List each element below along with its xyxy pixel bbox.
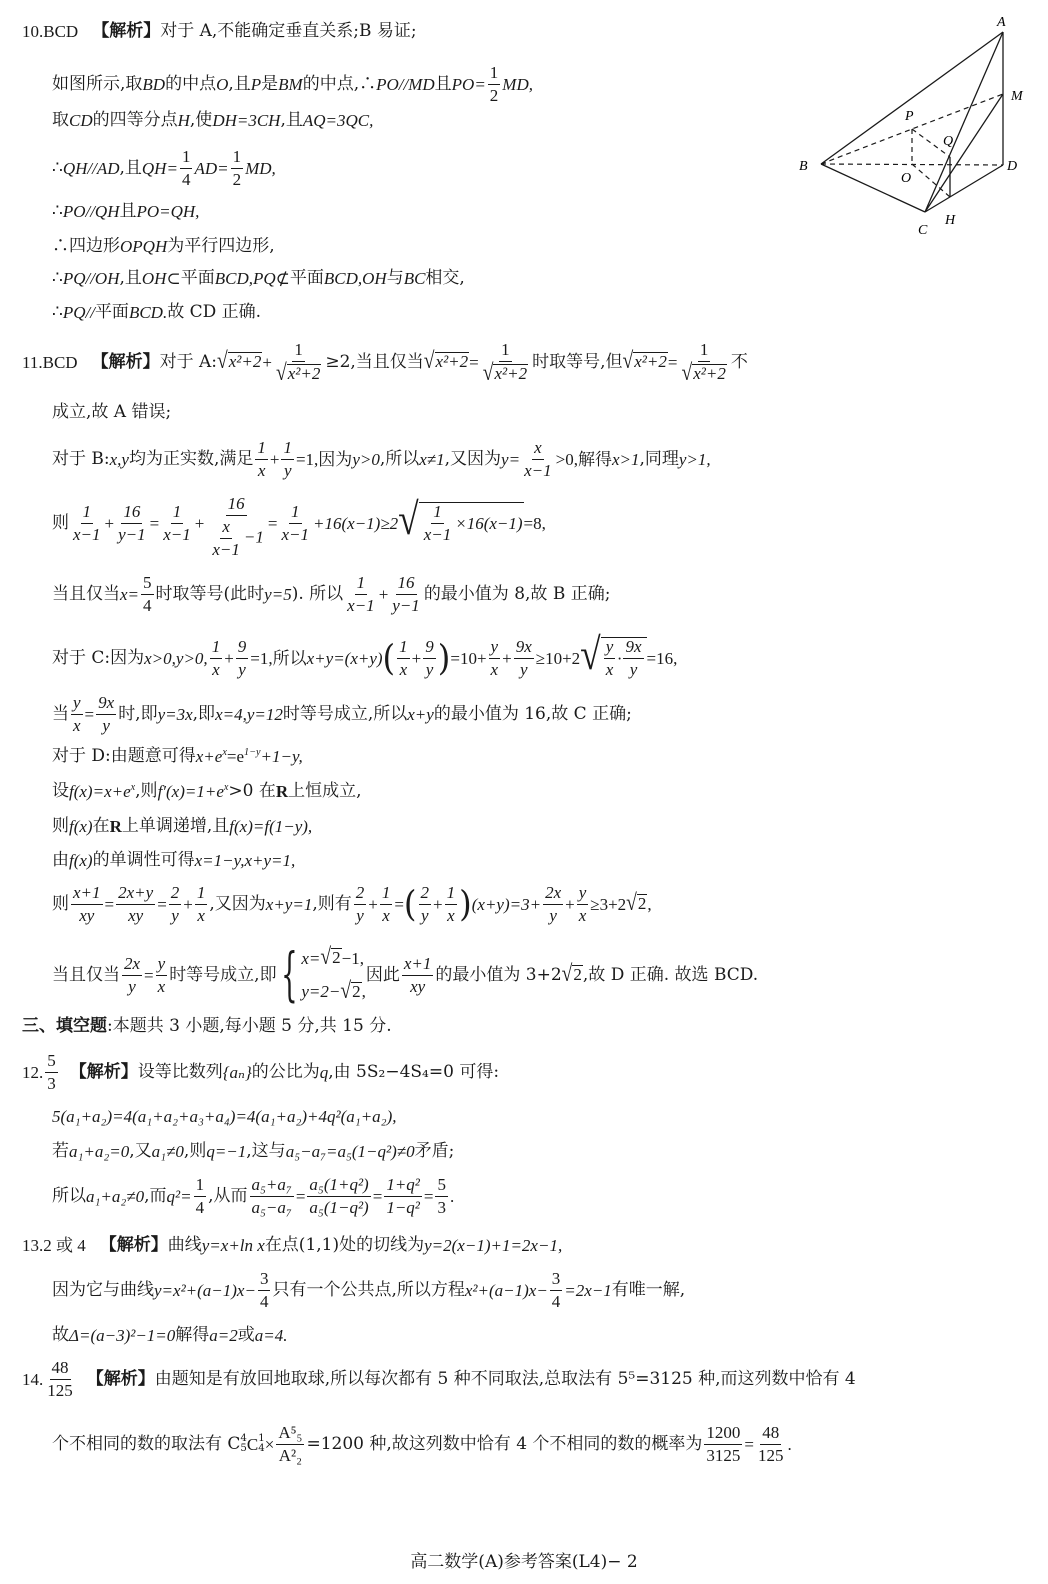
q11-line-1: 11. BCD 【解析】 对于 A: √x²+2 + 1√x²+2 ≥2,当且仅… xyxy=(22,337,748,387)
analysis-tag: 【解析】 xyxy=(87,1371,155,1388)
section-title: 三、填空题 xyxy=(22,1018,107,1035)
q10-line-8: ∴ PQ// 平面 BCD. 故 CD 正确. xyxy=(52,304,261,321)
q10-answer: BCD xyxy=(43,23,78,40)
q11-b-line-2: 则 1x−1 + 16y−1 = 1x−1 + 16xx−1−1 = 1x−1 … xyxy=(52,493,546,553)
q10-number: 10. xyxy=(22,23,43,40)
svg-text:O: O xyxy=(901,171,911,186)
q13-line-2: 因为它与曲线 y=x²+(a−1)x− 34 只有一个公共点,所以方程 x²+(… xyxy=(52,1268,685,1312)
svg-text:D: D xyxy=(1006,159,1017,174)
q11-d-line-1: 对于 D:由题意可得 x+ex =e1−y +1−y, xyxy=(52,748,303,765)
svg-text:A: A xyxy=(996,15,1006,30)
analysis-tag: 【解析】 xyxy=(70,1064,138,1081)
svg-text:B: B xyxy=(799,159,808,174)
q11-d-line-6: 当且仅当 2xy = yx 时等号成立,即 { x=√2−1, y=2−√2, … xyxy=(52,944,758,1006)
q11-d-line-2: 设 f(x)=x+ex ,则 f′(x)=1+ex >0 在 R 上恒成立, xyxy=(52,783,362,800)
q10-line-6: ∴四边形 OPQH 为平行四边形, xyxy=(52,238,275,255)
q11-b-line-3: 当且仅当 x= 54 时取等号(此时 y=5 ). 所以 1x−1 + 16y−… xyxy=(52,572,610,616)
q11-c-line-2: 当 yx = 9xy 时,即 y=3x ,即 x=4,y=12 时等号成立,所以… xyxy=(52,692,632,736)
system-brace: { xyxy=(281,946,298,1004)
q11-d-line-3: 则 f(x) 在 R 上单调递增,且 f(x)=f(1−y), xyxy=(52,818,312,835)
svg-text:M: M xyxy=(1010,89,1024,104)
q10-line-3: 取 CD 的四等分点 H ,使 DH=3CH ,且 AQ=3QC, xyxy=(52,112,373,129)
q13-line-3: 故 Δ=(a−3)²−1=0 解得 a=2 或 a=4. xyxy=(52,1327,288,1344)
sqrt-expr: √x²+2 xyxy=(217,352,262,372)
q11-b-line-1: 对于 B: x,y 均为正实数,满足 1x + 1y =1,因为 y>0 ,所以… xyxy=(52,437,711,481)
svg-text:P: P xyxy=(904,109,914,124)
fraction: 14 xyxy=(180,148,193,189)
page-footer: 高二数学(A)参考答案(L4)− 2 xyxy=(0,1547,1048,1572)
fraction: 12 xyxy=(231,148,244,189)
analysis-tag: 【解析】 xyxy=(92,23,160,40)
q10-line-5: ∴ PO//QH 且 PO=QH, xyxy=(52,203,199,220)
q10-line-4: ∴ QH//AD ,且 QH= 14 AD= 12 MD, xyxy=(52,148,276,189)
q14-line-2: 个不相同的数的取法有 C 45 C 14 × A⁵₅A²₂ =1200 种,故这… xyxy=(52,1419,792,1469)
fraction: 12 xyxy=(488,64,501,105)
svg-text:C: C xyxy=(918,223,928,238)
q12-line-2: 5(a₁+a₂)=4(a₁+a₂+a₃+a₄)=4(a₁+a₂)+4q²(a₁+… xyxy=(52,1108,396,1125)
q10-line-2: 如图所示,取 BD 的中点 O ,且 P 是 BM 的中点,∴ PO//MD 且… xyxy=(52,64,533,105)
analysis-tag: 【解析】 xyxy=(100,1237,168,1254)
q12-line-1: 12. 53 【解析】 设等比数列 {aₙ} 的公比为 q ,由 5S₂−4S₄… xyxy=(22,1050,499,1094)
q11-line-2: 成立,故 A 错误; xyxy=(52,404,171,421)
q13-line-1: 13. 2 或 4 【解析】 曲线 y=x+ln x 在点(1,1)处的切线为 … xyxy=(22,1237,562,1254)
analysis-tag: 【解析】 xyxy=(92,354,160,371)
q11-d-line-5: 则 x+1xy = 2x+yxy = 2y + 1x ,又因为 x+y=1 ,则… xyxy=(52,882,652,926)
equation-system: x=√2−1, y=2−√2, xyxy=(301,948,365,1001)
svg-text:Q: Q xyxy=(943,134,953,149)
q12-line-3: 若 a₁+a₂=0 ,又 a₁≠0 ,则 q=−1 ,这与 a₅−a₇=a₅(1… xyxy=(52,1143,454,1160)
q14-line-1: 14. 48125 【解析】 由题知是有放回地取球,所以每次都有 5 种不同取法… xyxy=(22,1357,856,1401)
q11-d-line-4: 由 f(x) 的单调性可得 x=1−y,x+y=1, xyxy=(52,852,295,869)
section-3-heading: 三、填空题 :本题共 3 小题,每小题 5 分,共 15 分. xyxy=(22,1018,392,1035)
q11-c-line-1: 对于 C:因为 x>0,y>0, 1x + 9y =1,所以 x+y=(x+y)… xyxy=(52,636,677,680)
q12-line-4: 所以 a₁+a₂≠0 ,而 q²= 14 ,从而 a₅+a₇a₅−a₇ = a₅… xyxy=(52,1174,454,1218)
tetrahedron-figure: A M P Q B O D C H xyxy=(795,12,1040,247)
q10-line-7: ∴ PQ//OH ,且 OH⊂ 平面 BCD,PQ⊄ 平面 BCD,OH 与 B… xyxy=(52,270,465,287)
svg-text:H: H xyxy=(944,213,956,228)
q10-line-1: 10. BCD 【解析】 对于 A,不能确定垂直关系;B 易证; xyxy=(22,23,417,40)
